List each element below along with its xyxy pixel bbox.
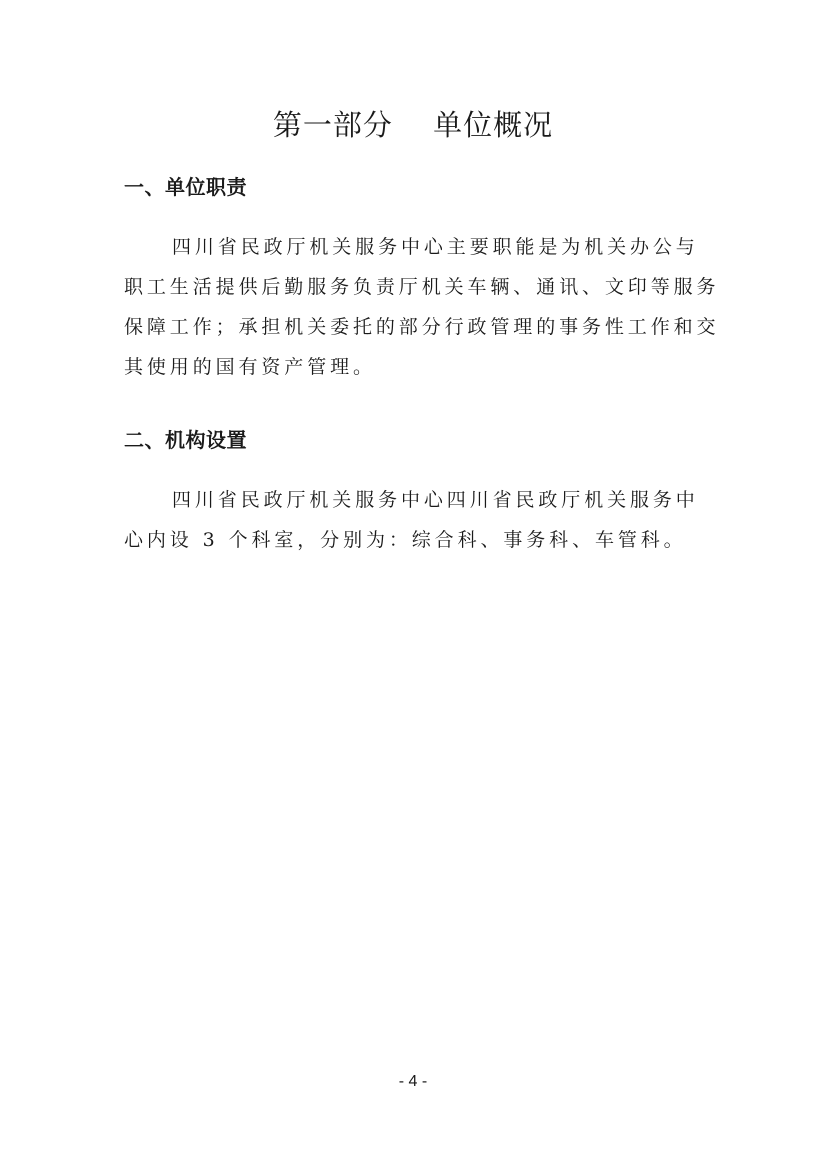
paragraph-line: 四川省民政厅机关服务中心主要职能是为机关办公与 — [124, 227, 714, 267]
paragraph-line: 保障工作；承担机关委托的部分行政管理的事务性工作和交 — [124, 307, 714, 347]
paragraph-line: 职工生活提供后勤服务负责厅机关车辆、通讯、文印等服务 — [124, 267, 714, 307]
page-title: 第一部分 单位概况 — [0, 103, 826, 144]
section-heading-duties: 一、单位职责 — [124, 171, 247, 200]
paragraph-line: 其使用的国有资产管理。 — [124, 347, 714, 387]
section-paragraph-duties: 四川省民政厅机关服务中心主要职能是为机关办公与 职工生活提供后勤服务负责厅机关车… — [124, 227, 714, 387]
paragraph-line: 心内设 3 个科室，分别为：综合科、事务科、车管科。 — [124, 520, 714, 560]
paragraph-line: 四川省民政厅机关服务中心四川省民政厅机关服务中 — [124, 480, 714, 520]
section-heading-structure: 二、机构设置 — [124, 424, 247, 453]
document-page: 第一部分 单位概况 一、单位职责 四川省民政厅机关服务中心主要职能是为机关办公与… — [0, 0, 826, 1169]
section-paragraph-structure: 四川省民政厅机关服务中心四川省民政厅机关服务中 心内设 3 个科室，分别为：综合… — [124, 480, 714, 560]
page-number: - 4 - — [0, 1073, 826, 1091]
